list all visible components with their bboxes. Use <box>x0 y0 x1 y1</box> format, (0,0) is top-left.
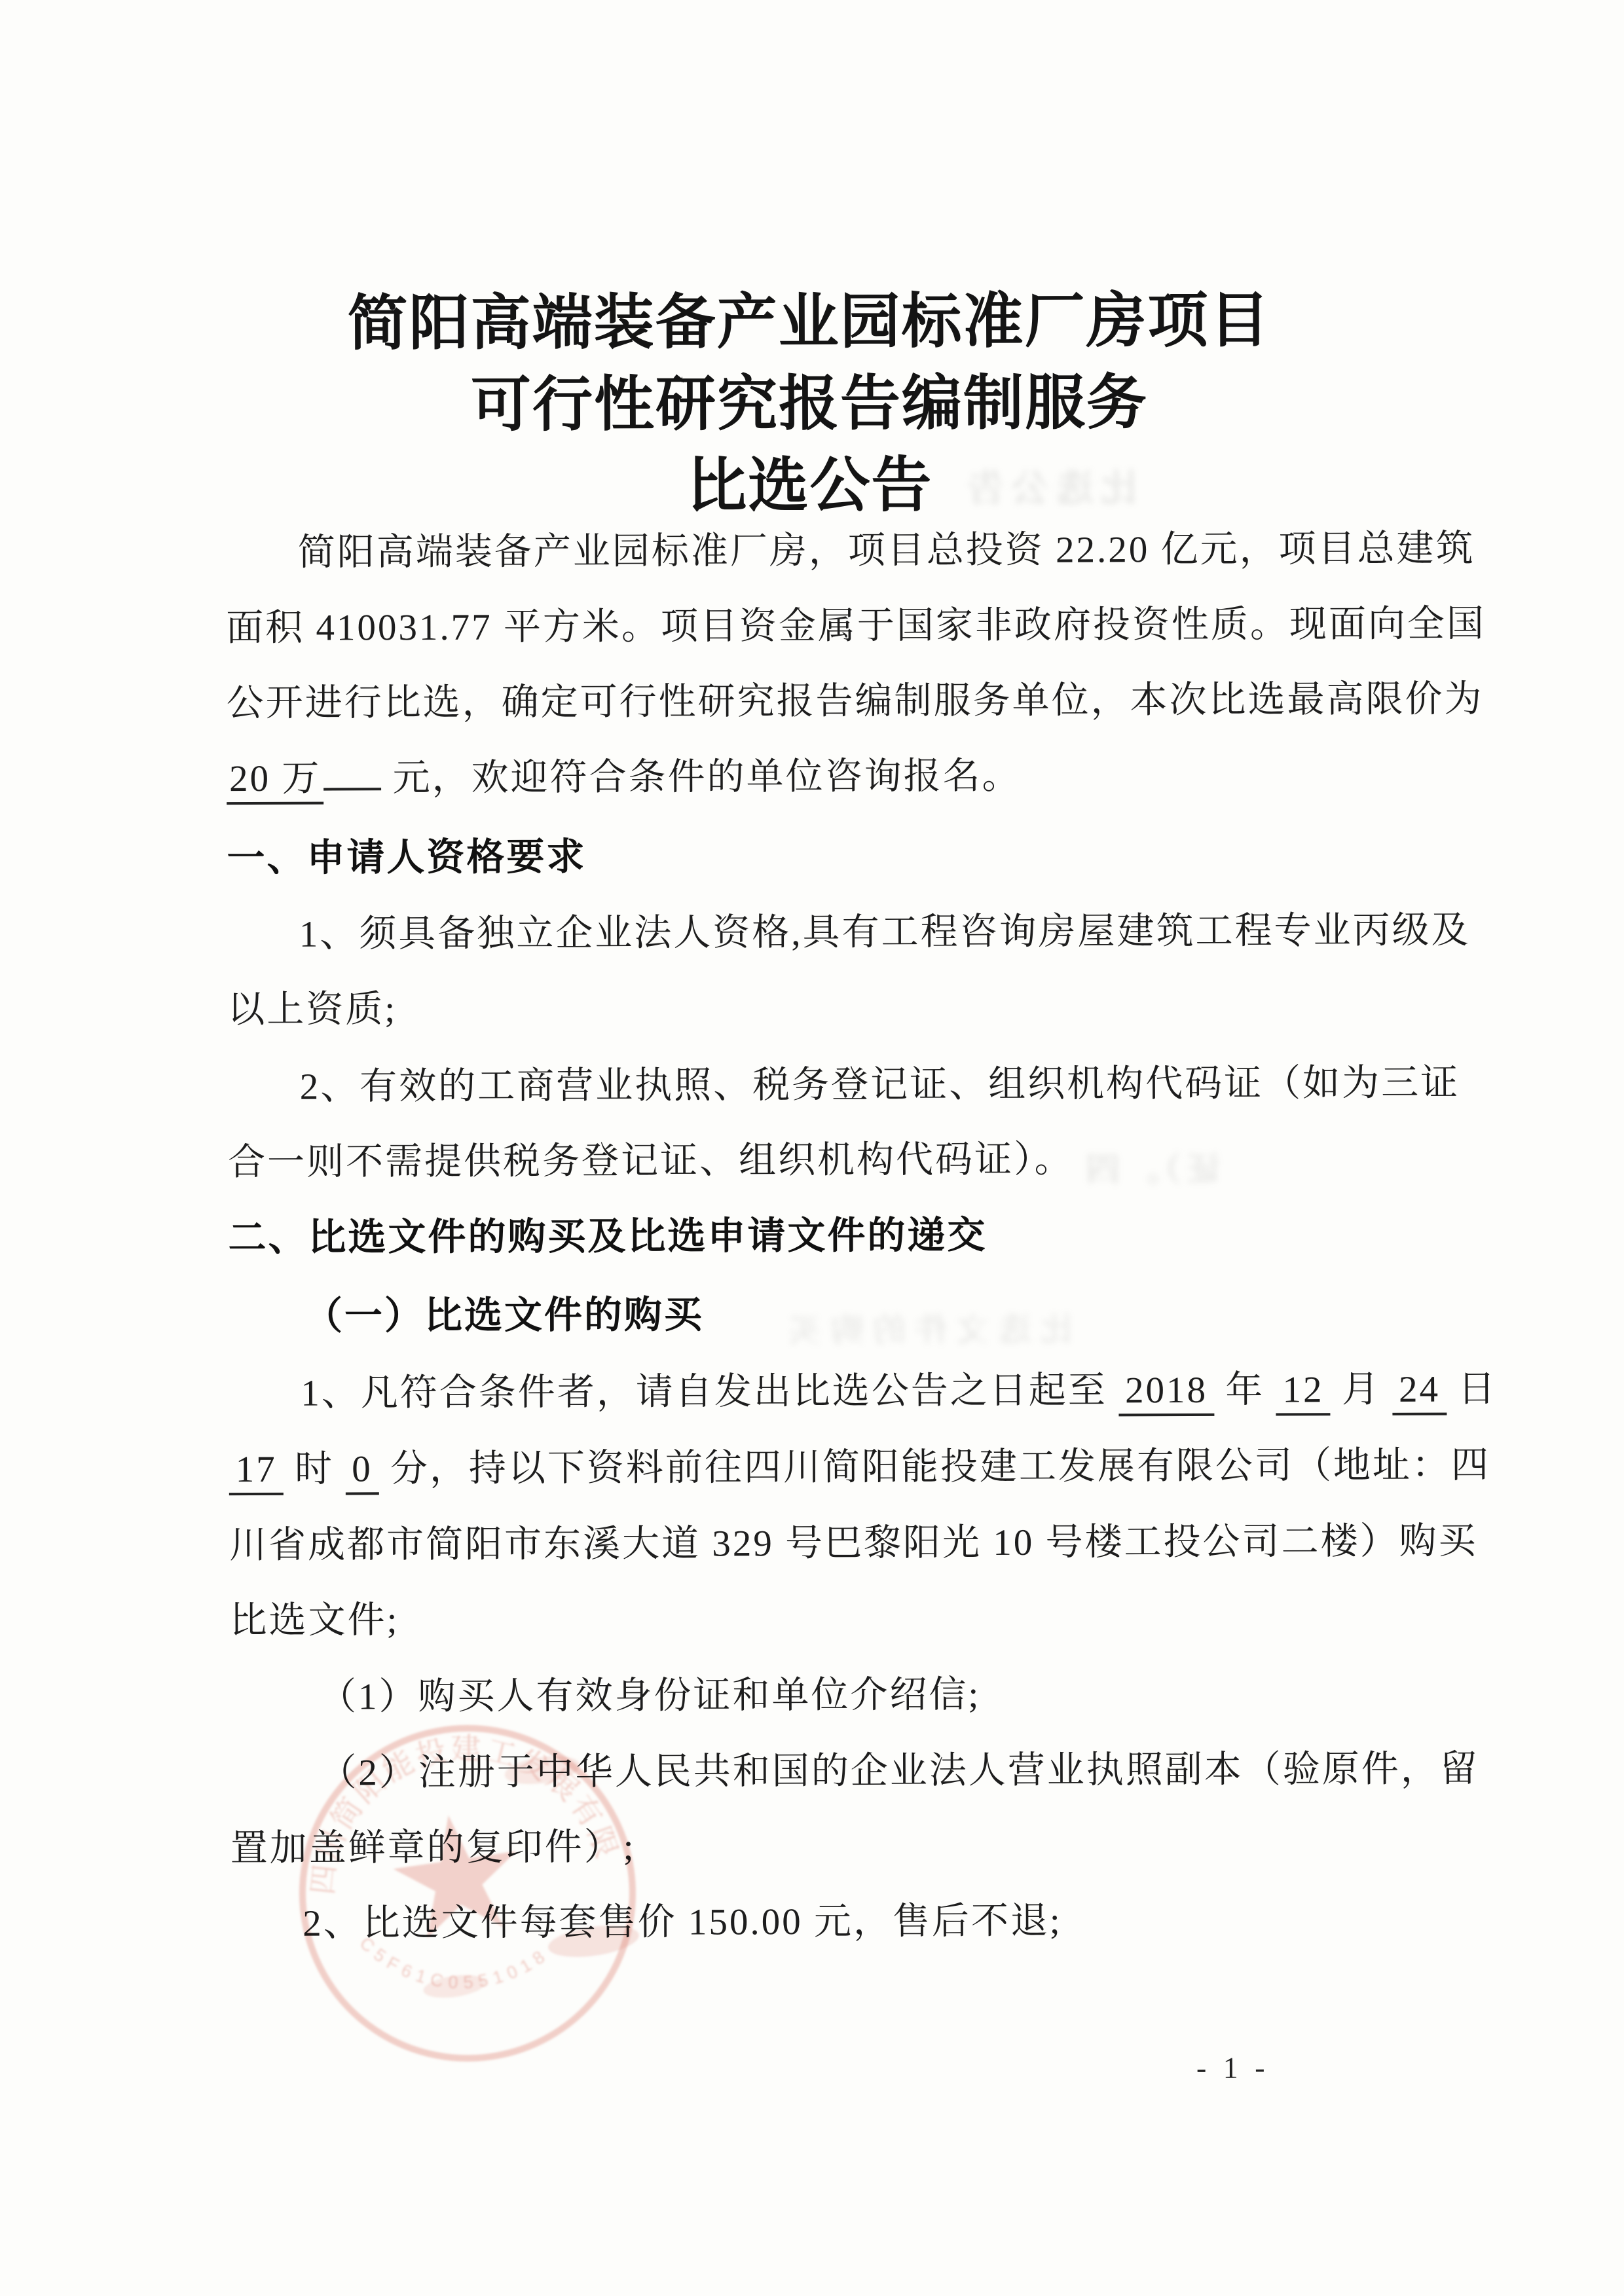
deadline-line-2-rest: 分，持以下资料前往四川简阳能投建工发展有限公司（地址：四 <box>379 1444 1490 1489</box>
deadline-hour: 17 <box>229 1449 284 1495</box>
page-number: - 1 - <box>1196 2050 1270 2085</box>
max-price-underlined: 20 万 <box>227 758 323 805</box>
address-line: 川省成都市简阳市东溪大道 329 号巴黎阳光 10 号楼工投公司二楼）购买 <box>229 1521 1454 1567</box>
blank-underline <box>323 761 381 790</box>
deadline-year: 2018 <box>1118 1370 1214 1417</box>
deadline-minute: 0 <box>345 1448 379 1495</box>
day-label: 日 <box>1447 1368 1497 1410</box>
section-1-item-2-line-2: 合一则不需提供税务登记证、组织机构代码证）。 <box>228 1138 1452 1184</box>
section-1-item-1-line-1: 1、须具备独立企业法人资格,具有工程咨询房屋建筑工程专业丙级及 <box>227 909 1524 956</box>
doc-title-line-3: 比选公告 <box>0 435 1622 527</box>
deadline-line-2: 17 时 0 分，持以下资料前往四川简阳能投建工发展有限公司（地址：四 <box>229 1445 1454 1491</box>
bleed-through-smudge: 比选文件的购买 <box>780 1303 1073 1352</box>
section-1-heading: 一、申请人资格要求 <box>227 833 1451 880</box>
section-2-heading: 二、比选文件的购买及比选申请文件的递交 <box>228 1213 1452 1260</box>
hour-label: 时 <box>284 1448 346 1489</box>
bleed-through-smudge: 比选公告 <box>960 457 1138 513</box>
section-1-item-2-line-1: 2、有效的工商营业执照、税务登记证、组织机构代码证（如为三证 <box>228 1062 1524 1108</box>
intro-line-1: 简阳高端装备产业园标准厂房，项目总投资 22.20 亿元，项目总建筑 <box>226 528 1522 574</box>
intro-line-4: 20 万 元，欢迎符合条件的单位咨询报名。 <box>227 754 1451 801</box>
deadline-line-1: 1、凡符合条件者，请自发出比选公告之日起至 2018 年 12 月 24 日 <box>229 1368 1525 1415</box>
official-seal: 四川简阳能投建工发展有限公司 C5F61C0551018 <box>253 1678 683 2108</box>
deadline-month: 12 <box>1276 1369 1330 1415</box>
month-label: 月 <box>1330 1369 1392 1410</box>
seal-star-icon <box>387 1806 527 1941</box>
deadline-pre: 1、凡符合条件者，请自发出比选公告之日起至 <box>301 1370 1118 1413</box>
purchase-line-end: 比选文件; <box>229 1596 1454 1643</box>
doc-title-line-1: 简阳高端装备产业园标准厂房项目 <box>0 271 1621 363</box>
deadline-day: 24 <box>1392 1369 1447 1415</box>
intro-line-4-rest: 元，欢迎符合条件的单位咨询报名。 <box>392 756 1021 799</box>
section-1-item-1-line-2: 以上资质; <box>227 985 1452 1032</box>
bleed-through-smudge: 证）。四 <box>1080 1142 1221 1192</box>
intro-line-3: 公开进行比选，确定可行性研究报告编制服务单位，本次比选最高限价为 <box>227 679 1451 725</box>
document-page: 简阳高端装备产业园标准厂房项目 可行性研究报告编制服务 比选公告 简阳高端装备产… <box>0 0 1624 2296</box>
doc-title-line-2: 可行性研究报告编制服务 <box>0 353 1621 445</box>
intro-line-2: 面积 410031.77 平方米。项目资金属于国家非政府投资性质。现面向全国 <box>226 604 1450 650</box>
year-label: 年 <box>1214 1370 1276 1411</box>
